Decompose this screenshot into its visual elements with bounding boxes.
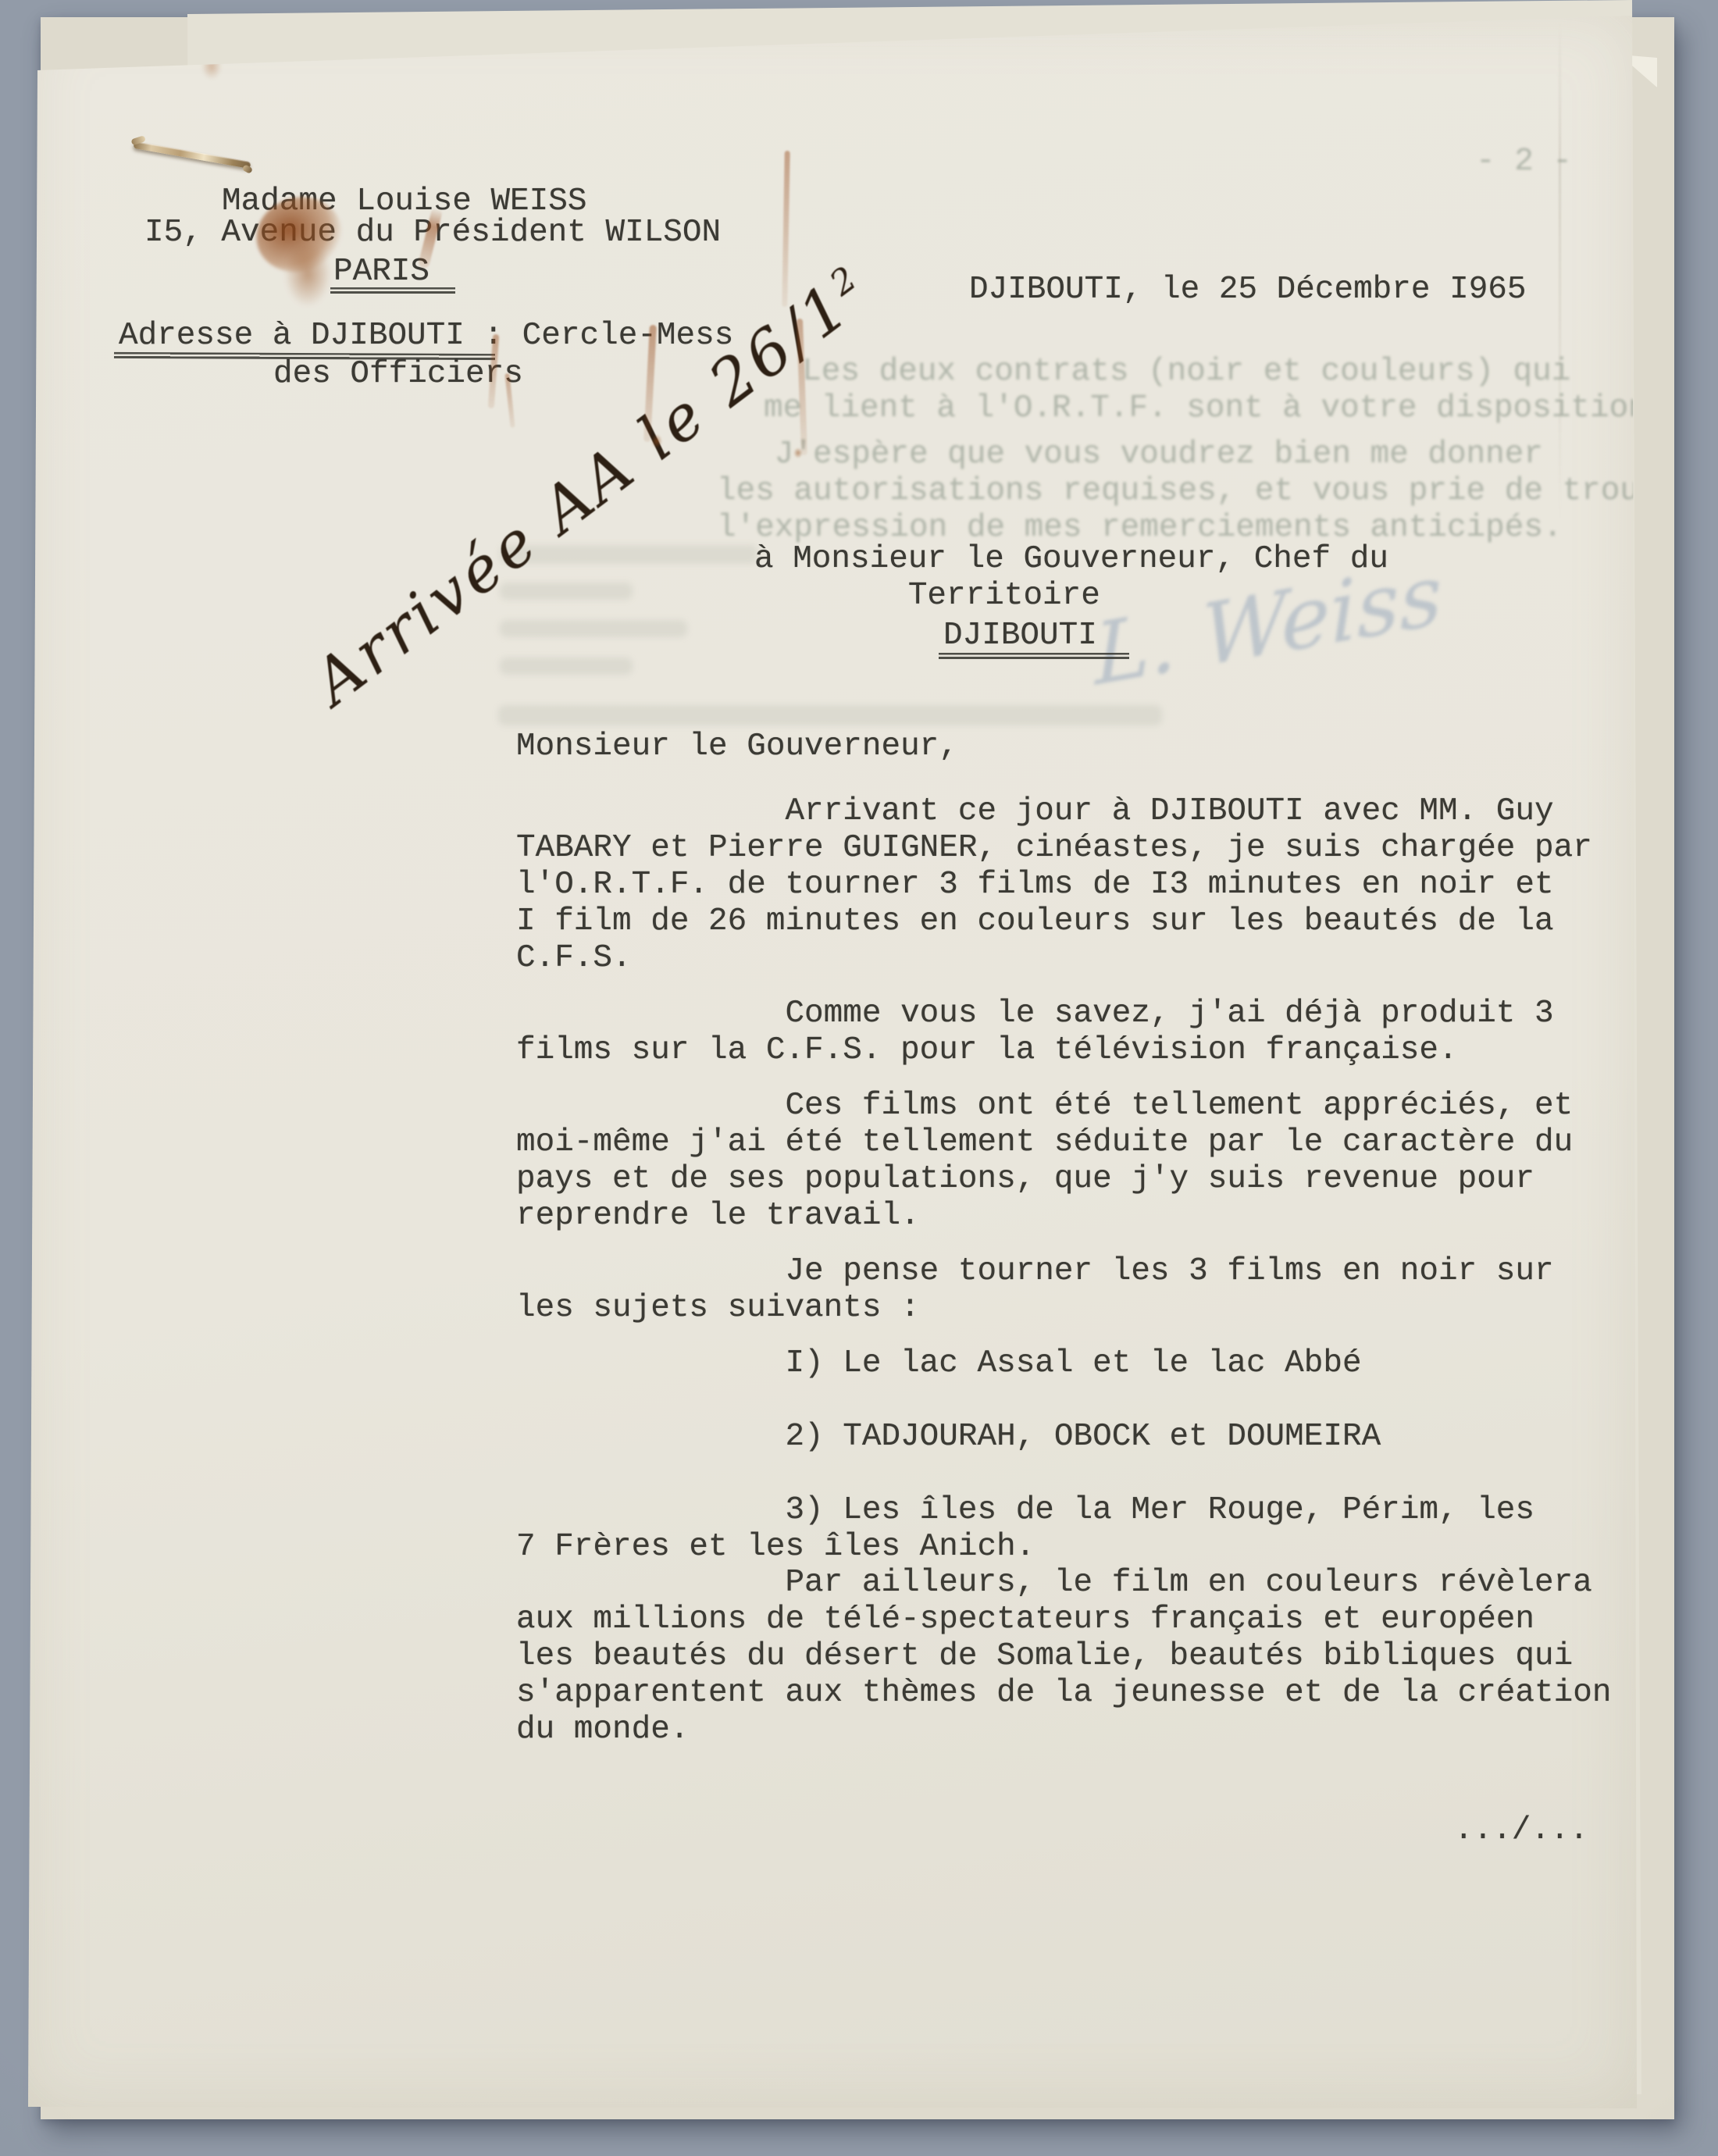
body-paragraph-1: Arrivant ce jour à DJIBOUTI avec MM. Guy… <box>516 793 1592 977</box>
paper-crease <box>1559 22 1561 522</box>
bleedthrough-page-number: - 2 - <box>1476 144 1572 180</box>
list-item-1: I) Le lac Assal et le lac Abbé <box>516 1345 1362 1382</box>
underline-djibouti <box>939 653 1129 659</box>
list-item-2: 2) TADJOURAH, OBOCK et DOUMEIRA <box>516 1419 1381 1456</box>
bleedthrough-smudge <box>500 620 687 637</box>
bleedthrough-smudge <box>498 705 1162 725</box>
underline-paris <box>330 287 455 294</box>
forwarding-address: Adresse à DJIBOUTI : Cercle-Mess <box>119 318 733 355</box>
bleedthrough-smudge <box>500 657 633 675</box>
dateline: DJIBOUTI, le 25 Décembre I965 <box>969 272 1527 308</box>
sender-city: PARIS <box>333 254 429 290</box>
recipient-city: DJIBOUTI <box>943 618 1097 654</box>
bleedthrough-paragraph-2: J'espère que vous voudrez bien me donner… <box>717 437 1718 547</box>
salutation: Monsieur le Gouverneur, <box>516 729 958 765</box>
sender-address: I5, Avenue du Président WILSON <box>144 215 721 251</box>
recipient-address: à Monsieur le Gouverneur, Chef du Territ… <box>754 541 1388 615</box>
rust-streak <box>782 151 789 307</box>
continuation-mark: .../... <box>1454 1812 1588 1849</box>
body-paragraph-4: Je pense tourner les 3 films en noir sur… <box>516 1253 1554 1327</box>
body-paragraph-5: Par ailleurs, le film en couleurs révèle… <box>516 1565 1611 1748</box>
body-paragraph-3: Ces films ont été tellement appréciés, e… <box>516 1088 1573 1235</box>
forwarding-address-rest: : Cercle-Mess <box>465 318 733 354</box>
forwarding-address-underlined: Adresse à DJIBOUTI <box>119 318 465 354</box>
letter-sheet: - 2 - Les deux contrats (noir et couleur… <box>22 6 1640 2111</box>
forwarding-address-line2: des Officiers <box>273 356 523 393</box>
scanned-letter-photo: - 2 - Les deux contrats (noir et couleur… <box>0 0 1718 2156</box>
bleedthrough-paragraph-1: Les deux contrats (noir et couleurs) qui… <box>764 354 1666 427</box>
list-item-3: 3) Les îles de la Mer Rouge, Périm, les … <box>516 1492 1534 1566</box>
body-paragraph-2: Comme vous le savez, j'ai déjà produit 3… <box>516 996 1554 1069</box>
